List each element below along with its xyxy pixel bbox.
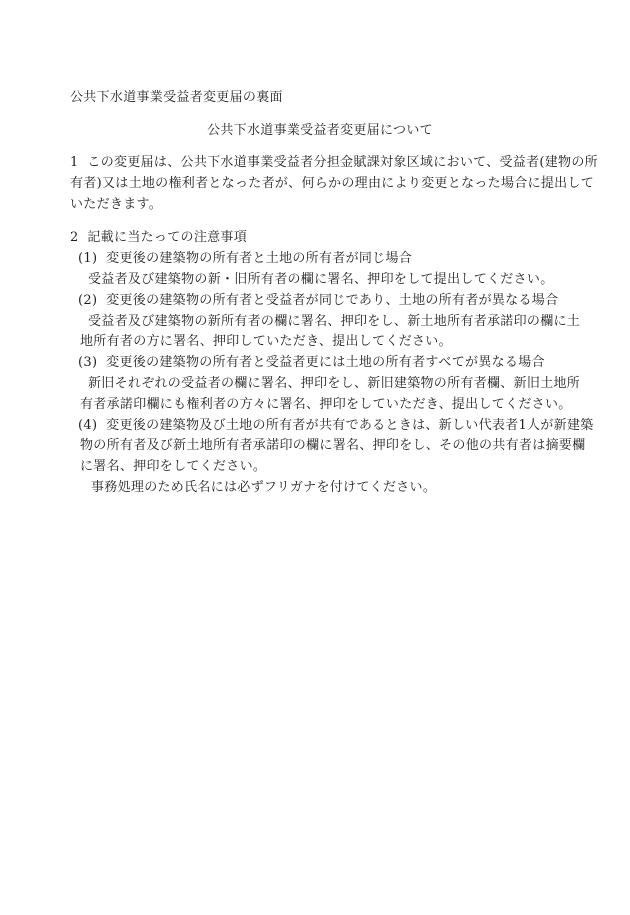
document-back-label: 公共下水道事業受益者変更届の裏面 [70, 86, 283, 105]
text-line: 有者承諾印欄にも権利者の方々に署名、押印をしていただき、提出してください。 [70, 395, 600, 416]
text-line: 地所有者の方に署名、押印していただき、提出してください。 [70, 332, 600, 353]
text-line: (1) 変更後の建築物の所有者と土地の所有者が同じ場合 [70, 249, 600, 270]
text-line: 新旧それぞれの受益者の欄に署名、押印をし、新旧建築物の所有者欄、新旧土地所 [70, 374, 600, 395]
text-line: 受益者及び建築物の新・旧所有者の欄に署名、押印をして提出してください。 [70, 270, 600, 291]
text-line: (4) 変更後の建築物及び土地の所有者が共有であるときは、新しい代表者1人が新建… [70, 416, 600, 437]
text-line: (2) 変更後の建築物の所有者と受益者が同じであり、土地の所有者が異なる場合 [70, 291, 600, 312]
text-line: 1 この変更届は、公共下水道事業受益者分担金賦課対象区域において、受益者(建物の… [70, 153, 600, 174]
text-line: 物の所有者及び新土地所有者承諾印の欄に署名、押印をし、その他の共有者は摘要欄 [70, 436, 600, 457]
document-title: 公共下水道事業受益者変更届について [70, 119, 570, 138]
text-line: 受益者及び建築物の新所有者の欄に署名、押印をし、新土地所有者承諾印の欄に土 [70, 312, 600, 333]
text-line: 事務処理のため氏名には必ずフリガナを付けてください。 [70, 478, 600, 499]
document-body: 1 この変更届は、公共下水道事業受益者分担金賦課対象区域において、受益者(建物の… [70, 153, 600, 499]
text-line: (3) 変更後の建築物の所有者と受益者更には土地の所有者すべてが異なる場合 [70, 353, 600, 374]
text-line: 2 記載に当たっての注意事項 [70, 228, 600, 249]
text-line: に署名、押印をしてください。 [70, 457, 600, 478]
intro-paragraph: 1 この変更届は、公共下水道事業受益者分担金賦課対象区域において、受益者(建物の… [70, 153, 600, 215]
text-line: いただきます。 [70, 195, 600, 216]
text-line: 有者)又は土地の権利者となった者が、何らかの理由により変更となった場合に提出して [70, 174, 600, 195]
document-page: 公共下水道事業受益者変更届の裏面 公共下水道事業受益者変更届について 1 この変… [0, 0, 630, 915]
notes-section: 2 記載に当たっての注意事項(1) 変更後の建築物の所有者と土地の所有者が同じ場… [70, 228, 600, 498]
